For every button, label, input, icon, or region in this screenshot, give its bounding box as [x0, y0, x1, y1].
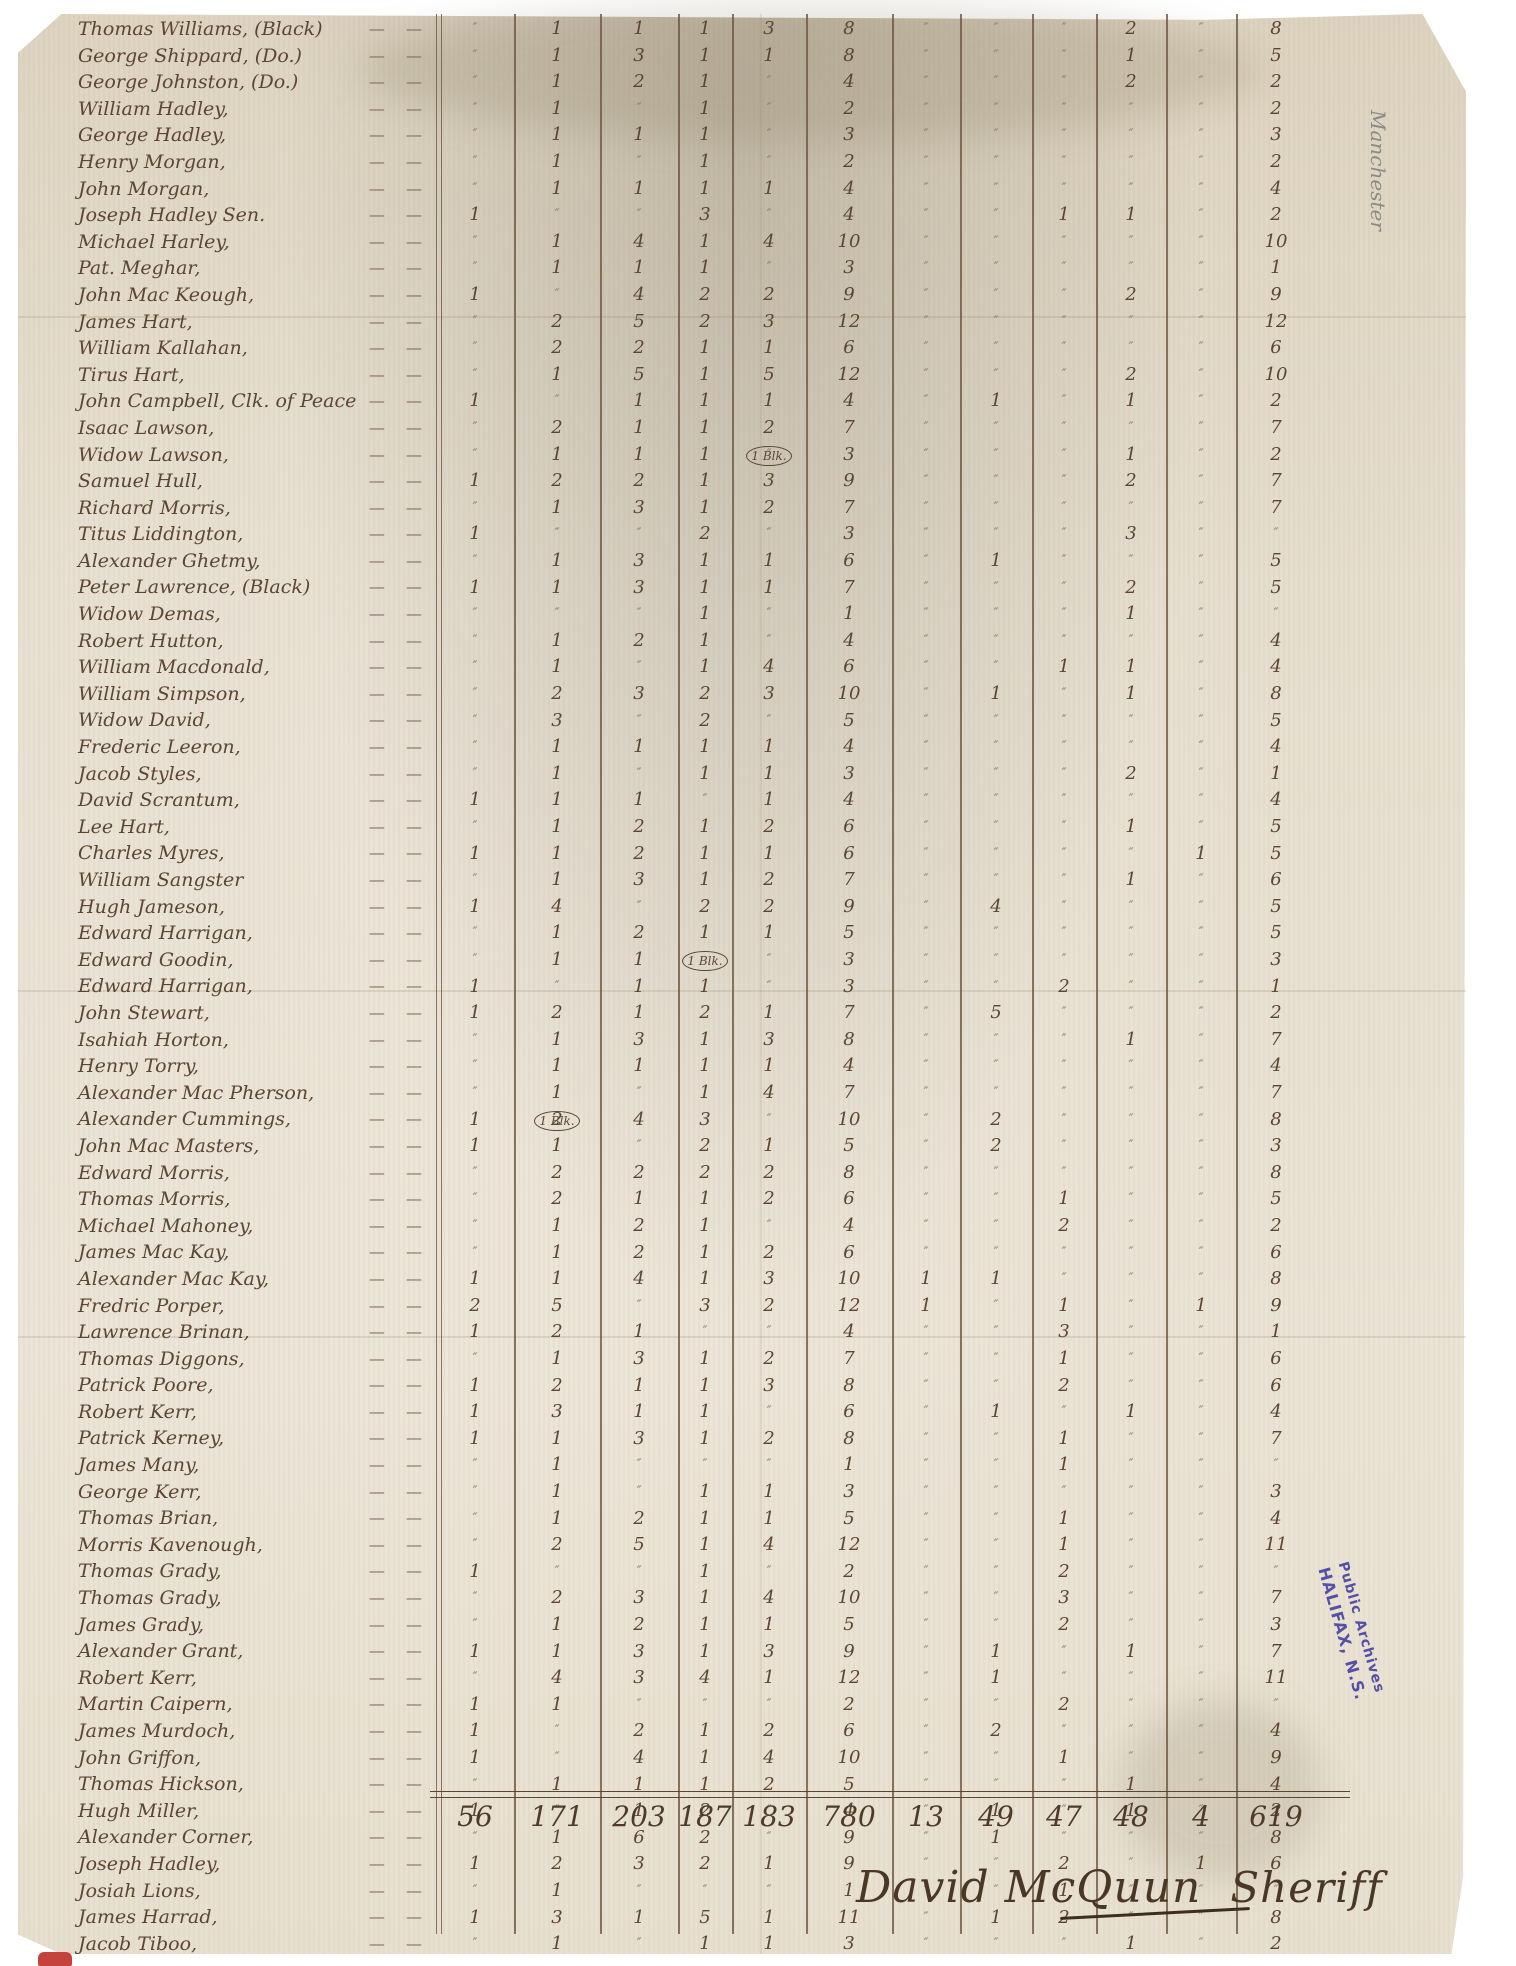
ledger-cell: ″	[1171, 309, 1231, 336]
leader-dashes: — —	[369, 1293, 430, 1320]
ledger-cell: 1	[739, 1000, 799, 1027]
ledger-row-name: Richard Morris,— —	[78, 495, 438, 522]
ledger-cell: 1	[609, 1373, 669, 1400]
ledger-cell: ″	[609, 1479, 669, 1506]
ledger-cell: 3	[739, 468, 799, 495]
leader-dashes: — —	[369, 1346, 430, 1373]
ledger-cell: 3	[675, 1293, 735, 1320]
ledger-cell: 3	[609, 548, 669, 575]
total-cell: 13	[891, 1800, 961, 1833]
ledger-row-name: James Harrad,— —	[78, 1904, 438, 1931]
ledger-cell: ″	[1171, 1479, 1231, 1506]
ledger-cell: ″	[1101, 1479, 1161, 1506]
ledger-cell: ″	[1171, 1399, 1231, 1426]
ledger-cell: ″	[1034, 575, 1094, 602]
ledger-cell: ″	[445, 601, 505, 628]
ledger-cell: ″	[1101, 122, 1161, 149]
ledger-cell: 4	[819, 734, 879, 761]
ledger-cell: ″	[896, 1027, 956, 1054]
total-cell: 187	[670, 1800, 740, 1833]
leader-dashes: — —	[369, 229, 430, 256]
ledger-cell: ″	[1101, 1692, 1161, 1719]
ledger-cell: 1	[527, 947, 587, 974]
leader-dashes: — —	[369, 1824, 430, 1851]
ledger-cell: ″	[896, 1745, 956, 1772]
ledger-cell: ″	[609, 761, 669, 788]
ledger-cell: 7	[819, 415, 879, 442]
ledger-cell: ″	[739, 974, 799, 1001]
ledger-cell: ″	[1101, 894, 1161, 921]
ledger-cell: 4	[819, 176, 879, 203]
ledger-cell: ″	[1246, 1692, 1306, 1719]
ledger-cell: ″	[445, 309, 505, 336]
signature-name: David McQuun	[856, 1862, 1201, 1913]
ledger-row-name: Isahiah Horton,— —	[78, 1027, 438, 1054]
ledger-row-name: William Sangster— —	[78, 867, 438, 894]
ledger-cell: 1	[739, 548, 799, 575]
ledger-row-name: Michael Harley,— —	[78, 229, 438, 256]
ledger-cell: ″	[966, 122, 1026, 149]
ledger-cell: 6	[1246, 335, 1306, 362]
ledger-cell: 1	[1034, 1532, 1094, 1559]
ledger-cell: 1	[1171, 841, 1231, 868]
ledger-cell: 12	[819, 1293, 879, 1320]
ledger-cell: 10	[1246, 229, 1306, 256]
ledger-cell: ″	[1101, 149, 1161, 176]
ledger-cell: ″	[445, 69, 505, 96]
ledger-cell: 2	[675, 309, 735, 336]
ledger-row-name: Edward Goodin,— —	[78, 947, 438, 974]
ledger-cell: ″	[527, 521, 587, 548]
ledger-cell: 8	[1246, 681, 1306, 708]
ledger-row-name: James Mac Kay,— —	[78, 1239, 438, 1266]
ledger-cell: ″	[739, 947, 799, 974]
ledger-cell: 10	[819, 1585, 879, 1612]
ledger-cell: 6	[1246, 1240, 1306, 1267]
ledger-cell: ″	[445, 681, 505, 708]
ledger-cell: 1	[1101, 814, 1161, 841]
ledger-cell: ″	[966, 1373, 1026, 1400]
ledger-cell: 1	[675, 974, 735, 1001]
ledger-cell: 3	[819, 255, 879, 282]
ledger-cell: ″	[1101, 1506, 1161, 1533]
ledger-cell: ″	[966, 1160, 1026, 1187]
column-divider	[600, 14, 602, 1934]
ledger-cell: ″	[1171, 1426, 1231, 1453]
ledger-cell: 1	[609, 176, 669, 203]
ledger-cell: 1	[1034, 1293, 1094, 1320]
ledger-cell: 2	[966, 1133, 1026, 1160]
leader-dashes: — —	[369, 176, 430, 203]
ledger-cell: ″	[1171, 1692, 1231, 1719]
ledger-cell: 5	[819, 1133, 879, 1160]
ledger-cell: ″	[896, 229, 956, 256]
ledger-cell: 11	[1246, 1532, 1306, 1559]
ledger-cell: 7	[1246, 1585, 1306, 1612]
ledger-cell: 4	[527, 894, 587, 921]
ledger-cell: 3	[609, 1585, 669, 1612]
ledger-row-name: Thomas Morris,— —	[78, 1186, 438, 1213]
ledger-cell: ″	[739, 442, 799, 469]
ledger-row-name: Thomas Williams, (Black)— —	[78, 16, 438, 43]
ledger-cell: 3	[819, 122, 879, 149]
ledger-cell: 1	[1034, 1426, 1094, 1453]
ledger-cell: ″	[1171, 176, 1231, 203]
ledger-cell: 1	[675, 229, 735, 256]
ledger-cell: ″	[1171, 1160, 1231, 1187]
ledger-cell: ″	[445, 1665, 505, 1692]
ledger-cell: 9	[1246, 282, 1306, 309]
ledger-cell: 8	[1246, 16, 1306, 43]
ledger-cell: ″	[896, 1000, 956, 1027]
ledger-cell: 2	[739, 867, 799, 894]
ledger-cell: 2	[1246, 1931, 1306, 1958]
ledger-cell: ″	[609, 1080, 669, 1107]
leader-dashes: — —	[369, 840, 430, 867]
ledger-cell: 4	[609, 282, 669, 309]
ledger-cell: 1	[527, 16, 587, 43]
ledger-cell: ″	[1171, 628, 1231, 655]
ledger-cell: 1	[527, 654, 587, 681]
ledger-cell: 1	[675, 468, 735, 495]
ledger-cell: ″	[445, 122, 505, 149]
total-cell: 619	[1241, 1800, 1311, 1833]
ledger-cell: 5	[1246, 814, 1306, 841]
ledger-cell: 4	[1246, 1399, 1306, 1426]
ledger-cell: ″	[896, 468, 956, 495]
ledger-cell: 3	[609, 1851, 669, 1878]
ledger-cell: ″	[1171, 654, 1231, 681]
ledger-cell: ″	[1171, 734, 1231, 761]
ledger-cell: ″	[1171, 468, 1231, 495]
ledger-cell: 1	[527, 176, 587, 203]
ledger-cell: 2	[1034, 1213, 1094, 1240]
ledger-cell: 1	[527, 1692, 587, 1719]
ledger-cell: 1	[1101, 1931, 1161, 1958]
ledger-cell: 5	[819, 1612, 879, 1639]
ledger-row-name: Martin Caipern,— —	[78, 1691, 438, 1718]
ledger-cell: 2	[1034, 974, 1094, 1001]
ledger-cell: ″	[1171, 894, 1231, 921]
ledger-cell: ″	[1101, 1745, 1161, 1772]
ledger-cell: 4	[739, 1585, 799, 1612]
ledger-cell: 3	[1246, 1479, 1306, 1506]
ledger-cell: 1	[527, 495, 587, 522]
ledger-cell: 1	[445, 787, 505, 814]
ledger-cell: 4	[1246, 176, 1306, 203]
ledger-cell: ″	[966, 1213, 1026, 1240]
ledger-cell: 1	[609, 734, 669, 761]
ledger-cell: 2	[675, 1160, 735, 1187]
ledger-cell: ″	[896, 601, 956, 628]
ledger-cell: ″	[1101, 974, 1161, 1001]
ledger-cell: ″	[1171, 388, 1231, 415]
ledger-cell: 8	[819, 1426, 879, 1453]
ledger-row-name: Alexander Corner,— —	[78, 1824, 438, 1851]
ledger-cell: 1	[966, 388, 1026, 415]
ledger-cell: ″	[966, 575, 1026, 602]
ledger-row-name: David Scrantum,— —	[78, 787, 438, 814]
ledger-cell: ″	[445, 867, 505, 894]
ledger-row-name: Edward Harrigan,— —	[78, 920, 438, 947]
ledger-cell: ″	[609, 1293, 669, 1320]
leader-dashes: — —	[369, 1558, 430, 1585]
ledger-cell: 2	[609, 814, 669, 841]
ledger-cell: ″	[1101, 787, 1161, 814]
leader-dashes: — —	[369, 442, 430, 469]
ledger-row-name: Alexander Grant,— —	[78, 1638, 438, 1665]
ledger-cell: 6	[819, 1186, 879, 1213]
ledger-cell: 3	[819, 761, 879, 788]
ledger-cell: ″	[1034, 1665, 1094, 1692]
ledger-cell: 2	[739, 282, 799, 309]
ledger-cell: 5	[1246, 894, 1306, 921]
ledger-cell: 1	[445, 1692, 505, 1719]
ledger-cell: 6	[819, 841, 879, 868]
ledger-cell: 1	[445, 388, 505, 415]
ledger-cell: ″	[896, 947, 956, 974]
ledger-cell: 1	[675, 1186, 735, 1213]
ledger-row-name: John Griffon,— —	[78, 1745, 438, 1772]
leader-dashes: — —	[369, 628, 430, 655]
ledger-cell: ″	[896, 1665, 956, 1692]
ledger-cell: ″	[739, 1452, 799, 1479]
ledger-cell: 1	[527, 814, 587, 841]
ledger-row-name: Robert Hutton,— —	[78, 628, 438, 655]
ledger-cell: 1	[675, 415, 735, 442]
ledger-cell: 1	[675, 1585, 735, 1612]
ledger-cell: 2	[819, 149, 879, 176]
leader-dashes: — —	[369, 1532, 430, 1559]
ledger-cell: 6	[819, 1718, 879, 1745]
ledger-cell: 2	[1246, 388, 1306, 415]
ledger-cell: ″	[675, 1319, 735, 1346]
ledger-row-name: Widow Lawson,— —	[78, 442, 438, 469]
ledger-cell: ″	[445, 1213, 505, 1240]
ledger-cell: 1	[1034, 1346, 1094, 1373]
ledger-cell: 1	[966, 548, 1026, 575]
ledger-cell: 1	[1101, 202, 1161, 229]
ledger-cell: 6	[819, 1399, 879, 1426]
ledger-cell: 9	[819, 468, 879, 495]
ledger-cell: 3	[739, 1639, 799, 1666]
ledger-cell: ″	[1171, 1718, 1231, 1745]
ledger-cell: 3	[819, 1479, 879, 1506]
ledger-cell: 2	[675, 1133, 735, 1160]
ledger-cell: ″	[1034, 388, 1094, 415]
ledger-cell: ″	[896, 1133, 956, 1160]
ledger-cell: ″	[1101, 1240, 1161, 1267]
ledger-cell: 7	[1246, 1639, 1306, 1666]
ledger-cell: ″	[966, 468, 1026, 495]
ledger-cell: ″	[966, 920, 1026, 947]
leader-dashes: — —	[369, 43, 430, 70]
ledger-cell: ″	[1171, 96, 1231, 123]
ledger-cell: ″	[1171, 867, 1231, 894]
ledger-cell: ″	[896, 69, 956, 96]
ledger-cell: ″	[1034, 1639, 1094, 1666]
ledger-row-name: Joseph Hadley,— —	[78, 1851, 438, 1878]
ledger-cell: 1	[739, 1506, 799, 1533]
ledger-cell: 2	[739, 1293, 799, 1320]
ledger-row-name: Pat. Meghar,— —	[78, 255, 438, 282]
ledger-cell: ″	[1034, 894, 1094, 921]
ledger-cell: ″	[966, 654, 1026, 681]
ledger-cell: 3	[609, 867, 669, 894]
ledger-cell: 8	[1246, 1107, 1306, 1134]
ledger-cell: 3	[819, 1931, 879, 1958]
ledger-cell: 2	[675, 1851, 735, 1878]
ledger-cell: 1	[609, 1000, 669, 1027]
ledger-cell: 1	[739, 176, 799, 203]
ledger-cell: 1	[675, 548, 735, 575]
ledger-cell: ″	[1034, 1107, 1094, 1134]
ledger-cell: 2	[739, 1186, 799, 1213]
ledger-cell: ″	[1034, 255, 1094, 282]
ledger-cell: 1	[445, 894, 505, 921]
ledger-cell: ″	[1034, 947, 1094, 974]
ledger-cell: 6	[1246, 1373, 1306, 1400]
leader-dashes: — —	[369, 734, 430, 761]
leader-dashes: — —	[369, 1053, 430, 1080]
ledger-row-name: William Hadley,— —	[78, 96, 438, 123]
ledger-cell: ″	[445, 442, 505, 469]
ledger-cell: 1	[675, 601, 735, 628]
ledger-cell: ″	[1101, 1665, 1161, 1692]
ledger-cell: ″	[896, 96, 956, 123]
ledger-cell: 1	[445, 974, 505, 1001]
ledger-cell: 5	[675, 1905, 735, 1932]
ledger-cell: ″	[966, 1692, 1026, 1719]
ledger-cell: ″	[966, 176, 1026, 203]
total-cell: 780	[814, 1800, 884, 1833]
ledger-cell: ″	[1171, 1266, 1231, 1293]
ledger-row-name: Joseph Hadley Sen.— —	[78, 202, 438, 229]
ledger-cell: ″	[1101, 1585, 1161, 1612]
ledger-cell: 1	[739, 43, 799, 70]
ledger-cell: 7	[1246, 1426, 1306, 1453]
ledger-row-name: Peter Lawrence, (Black)— —	[78, 574, 438, 601]
leader-dashes: — —	[369, 1612, 430, 1639]
leader-dashes: — —	[369, 1000, 430, 1027]
ledger-cell: ″	[609, 654, 669, 681]
ledger-cell: 1 Blk.	[675, 947, 735, 974]
ledger-row-name: Widow David,— —	[78, 707, 438, 734]
ledger-cell: 5	[609, 1532, 669, 1559]
ledger-cell: ″	[445, 16, 505, 43]
ledger-row-name: Henry Torry,— —	[78, 1053, 438, 1080]
ledger-cell: ″	[966, 415, 1026, 442]
ledger-cell: 2	[609, 1160, 669, 1187]
ledger-cell: ″	[1034, 43, 1094, 70]
ledger-cell: ″	[445, 920, 505, 947]
ledger-cell: ″	[1034, 548, 1094, 575]
ledger-cell: ″	[739, 1107, 799, 1134]
ledger-cell: ″	[896, 1452, 956, 1479]
ledger-cell: 1	[609, 122, 669, 149]
ledger-cell: 1	[675, 814, 735, 841]
ledger-cell: 3	[609, 43, 669, 70]
column-divider	[960, 14, 962, 1934]
ledger-cell: ″	[1171, 575, 1231, 602]
ledger-cell: ″	[1101, 920, 1161, 947]
ledger-cell: 1	[609, 442, 669, 469]
ledger-cell: 12	[819, 1665, 879, 1692]
ledger-cell: 1	[675, 1426, 735, 1453]
ledger-cell: ″	[1034, 1266, 1094, 1293]
total-cell: 49	[961, 1800, 1031, 1833]
ledger-cell: ″	[1246, 1559, 1306, 1586]
ledger-cell: 2	[527, 1107, 587, 1134]
ledger-cell: 1	[1101, 601, 1161, 628]
leader-dashes: — —	[369, 468, 430, 495]
ledger-cell: ″	[966, 841, 1026, 868]
ledger-cell: 7	[819, 1000, 879, 1027]
ledger-cell: ″	[896, 43, 956, 70]
ledger-cell: ″	[445, 1532, 505, 1559]
ledger-cell: 1	[527, 1213, 587, 1240]
ledger-cell: 2	[739, 1426, 799, 1453]
ledger-cell: ″	[445, 362, 505, 389]
ledger-row-name: John Stewart,— —	[78, 1000, 438, 1027]
ledger-cell: ″	[1034, 1053, 1094, 1080]
ledger-cell: ″	[1101, 1160, 1161, 1187]
ledger-row-name: Thomas Brian,— —	[78, 1505, 438, 1532]
ledger-cell: 2	[609, 920, 669, 947]
leader-dashes: — —	[369, 1904, 430, 1931]
ledger-cell: ″	[1171, 814, 1231, 841]
ledger-cell: ″	[739, 96, 799, 123]
ledger-cell: 2	[527, 1373, 587, 1400]
leader-dashes: — —	[369, 920, 430, 947]
ledger-cell: 1	[527, 149, 587, 176]
ledger-cell: 1	[527, 1479, 587, 1506]
ledger-cell: 4	[819, 1213, 879, 1240]
leader-dashes: — —	[369, 69, 430, 96]
ledger-cell: 1	[739, 1851, 799, 1878]
ledger-cell: ″	[1101, 1293, 1161, 1320]
ledger-cell: 2	[609, 1240, 669, 1267]
ledger-cell: 2	[1246, 149, 1306, 176]
ledger-cell: ″	[1034, 734, 1094, 761]
ledger-cell: 1	[1034, 1452, 1094, 1479]
ledger-cell: 2	[527, 1532, 587, 1559]
ledger-cell: ″	[896, 176, 956, 203]
ledger-cell: 2	[609, 69, 669, 96]
ledger-cell: ″	[896, 1186, 956, 1213]
ledger-cell: ″	[966, 1346, 1026, 1373]
ledger-cell: ″	[609, 1931, 669, 1958]
ledger-cell: ″	[445, 176, 505, 203]
ledger-cell: ″	[1034, 521, 1094, 548]
ledger-cell: ″	[966, 1931, 1026, 1958]
ledger-cell: 1	[445, 1000, 505, 1027]
ledger-cell: 1	[739, 1479, 799, 1506]
ledger-cell: 3	[609, 1665, 669, 1692]
ledger-cell: 1	[445, 1718, 505, 1745]
ledger-cell: 7	[1246, 468, 1306, 495]
ledger-cell: ″	[966, 96, 1026, 123]
ledger-cell: 1	[675, 388, 735, 415]
ledger-cell: ″	[966, 149, 1026, 176]
ledger-cell: 1	[445, 1639, 505, 1666]
ledger-cell: ″	[445, 1027, 505, 1054]
ledger-cell: 2	[739, 1346, 799, 1373]
ledger-cell: ″	[739, 202, 799, 229]
ledger-cell: 2	[527, 309, 587, 336]
ledger-cell: ″	[1034, 16, 1094, 43]
ledger-cell: 3	[609, 495, 669, 522]
